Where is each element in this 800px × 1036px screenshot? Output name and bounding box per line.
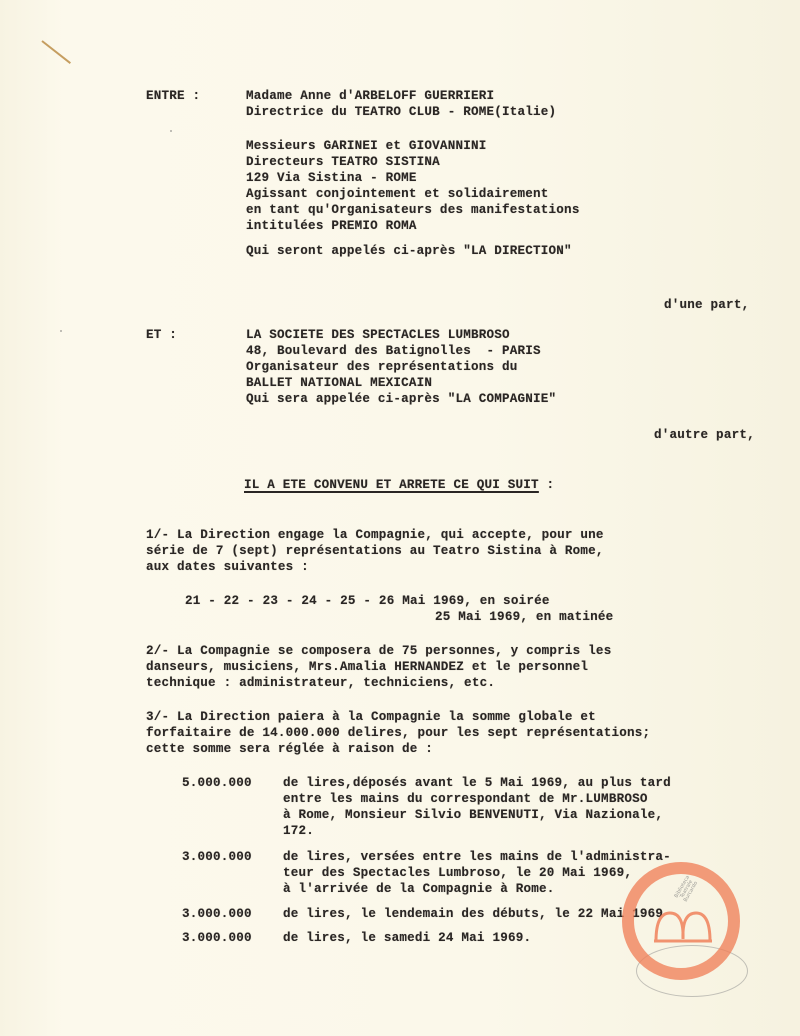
party-line: 48, Boulevard des Batignolles - PARIS: [246, 344, 541, 359]
party-line: intitulées PREMIO ROMA: [246, 219, 417, 234]
article-2-line: technique : administrateur, techniciens,…: [146, 676, 495, 691]
party-line: Messieurs GARINEI et GIOVANNINI: [246, 139, 486, 154]
article-3-line: 3/- La Direction paiera à la Compagnie l…: [146, 710, 596, 725]
payment-line: de lires, le samedi 24 Mai 1969.: [283, 931, 531, 946]
payment-line: à l'arrivée de la Compagnie à Rome.: [283, 882, 555, 897]
party-line: en tant qu'Organisateurs des manifestati…: [246, 203, 580, 218]
party-label-et: ET :: [146, 328, 177, 343]
performance-dates: 25 Mai 1969, en matinée: [435, 610, 613, 625]
party-line: Organisateur des représentations du: [246, 360, 518, 375]
article-2-line: danseurs, musiciens, Mrs.Amalia HERNANDE…: [146, 660, 588, 675]
payment-line: de lires, le lendemain des débuts, le 22…: [283, 907, 663, 922]
article-3-line: cette somme sera réglée à raison de :: [146, 742, 433, 757]
article-1-line: aux dates suivantes :: [146, 560, 309, 575]
document-page: ENTRE : Madame Anne d'ARBELOFF GUERRIERI…: [0, 0, 800, 1036]
party-line: BALLET NATIONAL MEXICAIN: [246, 376, 432, 391]
party-line: Directrice du TEATRO CLUB - ROME(Italie): [246, 105, 556, 120]
party-line: Madame Anne d'ARBELOFF GUERRIERI: [246, 89, 494, 104]
paper-speck: [170, 130, 172, 132]
payment-line: à Rome, Monsieur Silvio BENVENUTI, Via N…: [283, 808, 663, 823]
party-designation: Qui seront appelés ci-après "LA DIRECTIO…: [246, 244, 572, 259]
heading-suffix: :: [539, 478, 555, 492]
party-line: LA SOCIETE DES SPECTACLES LUMBROSO: [246, 328, 510, 343]
payment-amount: 3.000.000: [182, 850, 252, 865]
article-1-line: 1/- La Direction engage la Compagnie, qu…: [146, 528, 604, 543]
payment-line: de lires, versées entre les mains de l'a…: [283, 850, 671, 865]
payment-amount: 3.000.000: [182, 907, 252, 922]
payment-line: 172.: [283, 824, 314, 839]
party-closing: d'une part,: [664, 298, 749, 313]
article-2-line: 2/- La Compagnie se composera de 75 pers…: [146, 644, 611, 659]
library-b-logo-icon: [648, 905, 718, 945]
article-1-line: série de 7 (sept) représentations au Tea…: [146, 544, 604, 559]
payment-line: entre les mains du correspondant de Mr.L…: [283, 792, 648, 807]
party-line: 129 Via Sistina - ROME: [246, 171, 417, 186]
paper-speck: [60, 330, 62, 332]
payment-amount: 5.000.000: [182, 776, 252, 791]
payment-amount: 3.000.000: [182, 931, 252, 946]
payment-line: de lires,déposés avant le 5 Mai 1969, au…: [283, 776, 671, 791]
agreement-heading: IL A ETE CONVENU ET ARRETE CE QUI SUIT :: [244, 478, 554, 493]
performance-dates: 21 - 22 - 23 - 24 - 25 - 26 Mai 1969, en…: [185, 594, 550, 609]
party-closing: d'autre part,: [654, 428, 755, 443]
article-3-line: forfaitaire de 14.000.000 delires, pour …: [146, 726, 650, 741]
heading-text: IL A ETE CONVENU ET ARRETE CE QUI SUIT: [244, 478, 539, 492]
paper-stain: [41, 40, 71, 64]
party-line: Agissant conjointement et solidairement: [246, 187, 549, 202]
party-designation: Qui sera appelée ci-après "LA COMPAGNIE": [246, 392, 556, 407]
party-line: Directeurs TEATRO SISTINA: [246, 155, 440, 170]
payment-line: teur des Spectacles Lumbroso, le 20 Mai …: [283, 866, 632, 881]
party-label-entre: ENTRE :: [146, 89, 200, 104]
